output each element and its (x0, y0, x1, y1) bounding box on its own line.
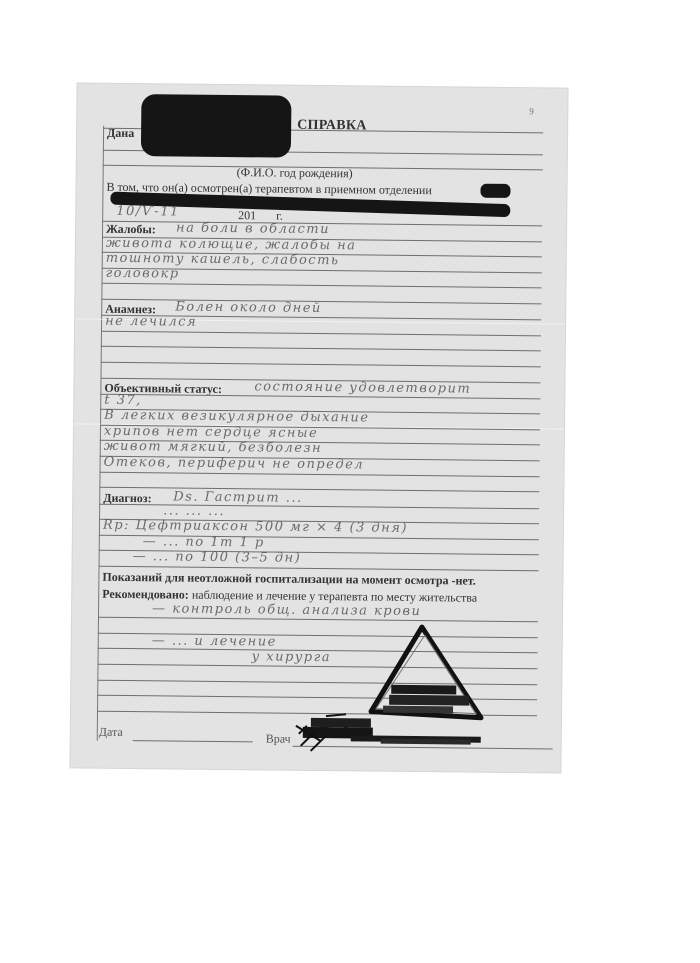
certificate-sheet: 9 СПРАВКА Дана (Ф.И.О. год рождения) В т… (70, 83, 567, 772)
signature-redaction (70, 83, 567, 772)
